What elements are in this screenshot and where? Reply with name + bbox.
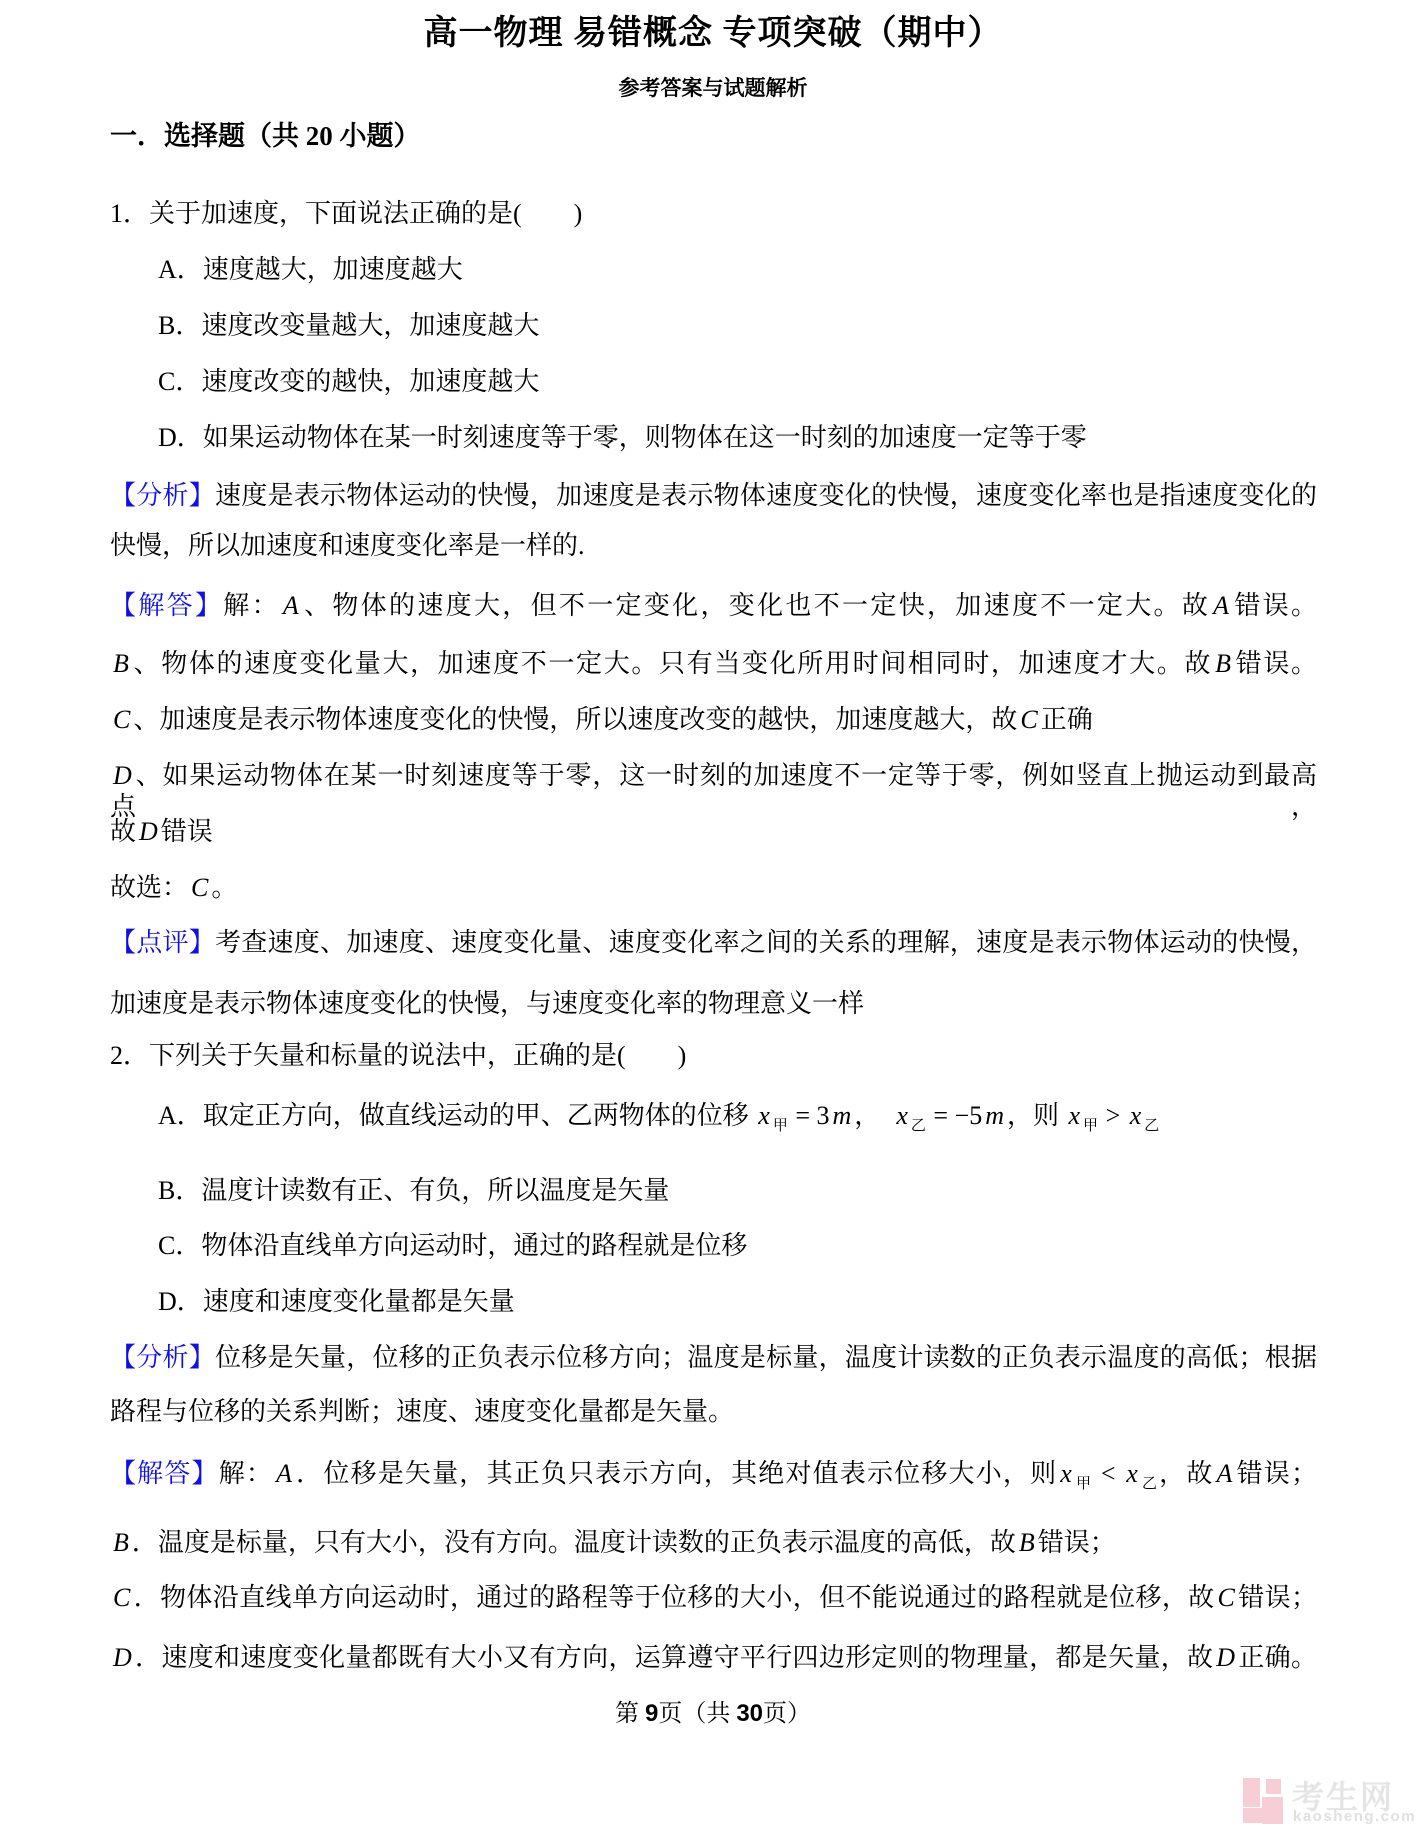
analysis-label: 【分析】 xyxy=(110,481,215,510)
q2-option-a: A．取定正方向，做直线运动的甲、乙两物体的位移 x甲 = 3m， x乙 = −5… xyxy=(158,1100,1160,1135)
q1-answer-line-2: B、物体的速度变化量大，加速度不一定大。只有当变化所用时间相同时，加速度才大。故… xyxy=(110,648,1317,679)
q1-comment-text-1: 考查速度、加速度、速度变化量、速度变化率之间的关系的理解，速度是表示物体运动的快… xyxy=(215,928,1317,957)
q1-answer-line-4: D、如果运动物体在某一时刻速度等于零，这一时刻的加速度不一定等于零，例如竖直上抛… xyxy=(110,760,1317,822)
q1-analysis-text-1: 速度是表示物体运动的快慢，加速度是表示物体速度变化的快慢，速度变化率也是指速度变… xyxy=(215,481,1317,510)
section-header: 一．选择题（共 20 小题） xyxy=(110,120,421,152)
q1-analysis-line-1: 【分析】速度是表示物体运动的快慢，加速度是表示物体速度变化的快慢，速度变化率也是… xyxy=(110,480,1317,511)
analysis-label: 【分析】 xyxy=(110,1343,215,1372)
logo-block-icon xyxy=(1262,1797,1283,1824)
logo-block-icon xyxy=(1243,1808,1264,1823)
q1-answer-choice: 故选：C。 xyxy=(110,872,237,903)
logo-block-icon xyxy=(1243,1778,1260,1807)
q2-option-c: C．物体沿直线单方向运动时，通过的路程就是位移 xyxy=(158,1230,747,1261)
comment-label: 【点评】 xyxy=(110,928,215,957)
q2-analysis-text-1: 位移是矢量，位移的正负表示位移方向；温度是标量，温度计读数的正负表示温度的高低；… xyxy=(215,1343,1317,1372)
q2-answer-line-4: D．速度和速度变化量都既有大小又有方向，运算遵守平行四边形定则的物理量，都是矢量… xyxy=(110,1642,1317,1673)
q1-comment-line-1: 【点评】考查速度、加速度、速度变化量、速度变化率之间的关系的理解，速度是表示物体… xyxy=(110,927,1317,958)
page-title: 高一物理 易错概念 专项突破（期中） xyxy=(0,14,1426,55)
q2-answer-line-1: 【解答】解：A．位移是矢量，其正负只表示方向，其绝对值表示位移大小，则x甲 < … xyxy=(110,1458,1317,1493)
page-number: 第 9页（共 30页） xyxy=(0,1700,1426,1729)
q1-answer-line-1: 【解答】解：A、物体的速度大，但不一定变化，变化也不一定快，加速度不一定大。故A… xyxy=(110,590,1317,621)
q2-answer-line-3: C．物体沿直线单方向运动时，通过的路程等于位移的大小，但不能说通过的路程就是位移… xyxy=(110,1582,1317,1613)
answer-label: 【解答】 xyxy=(110,591,223,620)
watermark-site-url: kaosheng.com xyxy=(1293,1808,1416,1825)
q1-option-d: D．如果运动物体在某一时刻速度等于零，则物体在这一时刻的加速度一定等于零 xyxy=(158,422,1087,453)
q1-stem: 1．关于加速度，下面说法正确的是( ) xyxy=(110,198,582,229)
q2-analysis-line-2: 路程与位移的关系判断；速度、速度变化量都是矢量。 xyxy=(110,1396,734,1427)
q1-answer-text-1: 解：A、物体的速度大，但不一定变化，变化也不一定快，加速度不一定大。故A错误。 xyxy=(223,591,1317,620)
q1-analysis-line-2: 快慢，所以加速度和速度变化率是一样的. xyxy=(110,530,585,561)
q1-comment-line-2: 加速度是表示物体速度变化的快慢，与速度变化率的物理意义一样 xyxy=(110,988,864,1019)
q2-answer-line-2: B．温度是标量，只有大小，没有方向。温度计读数的正负表示温度的高低，故B错误； xyxy=(110,1527,1116,1558)
q2-stem: 2．下列关于矢量和标量的说法中，正确的是( ) xyxy=(110,1040,686,1071)
q1-option-c: C．速度改变的越快，加速度越大 xyxy=(158,366,539,397)
q1-answer-line-5: 故D错误 xyxy=(110,816,213,847)
document-page: 高一物理 易错概念 专项突破（期中） 参考答案与试题解析 一．选择题（共 20 … xyxy=(0,0,1426,1844)
q1-answer-line-3: C、加速度是表示物体速度变化的快慢，所以速度改变的越快，加速度越大，故C正确 xyxy=(110,704,1093,735)
q2-option-b: B．温度计读数有正、有负，所以温度是矢量 xyxy=(158,1175,669,1206)
logo-block-icon xyxy=(1266,1779,1281,1794)
q2-analysis-line-1: 【分析】位移是矢量，位移的正负表示位移方向；温度是标量，温度计读数的正负表示温度… xyxy=(110,1342,1317,1373)
q1-option-a: A．速度越大，加速度越大 xyxy=(158,254,463,285)
q2-answer-text-1: 解：A．位移是矢量，其正负只表示方向，其绝对值表示位移大小，则x甲 < x乙，故… xyxy=(219,1459,1317,1488)
q1-option-b: B．速度改变量越大，加速度越大 xyxy=(158,310,539,341)
page-subtitle: 参考答案与试题解析 xyxy=(0,76,1426,101)
q2-option-d: D．速度和速度变化量都是矢量 xyxy=(158,1286,515,1317)
answer-label: 【解答】 xyxy=(110,1459,219,1488)
